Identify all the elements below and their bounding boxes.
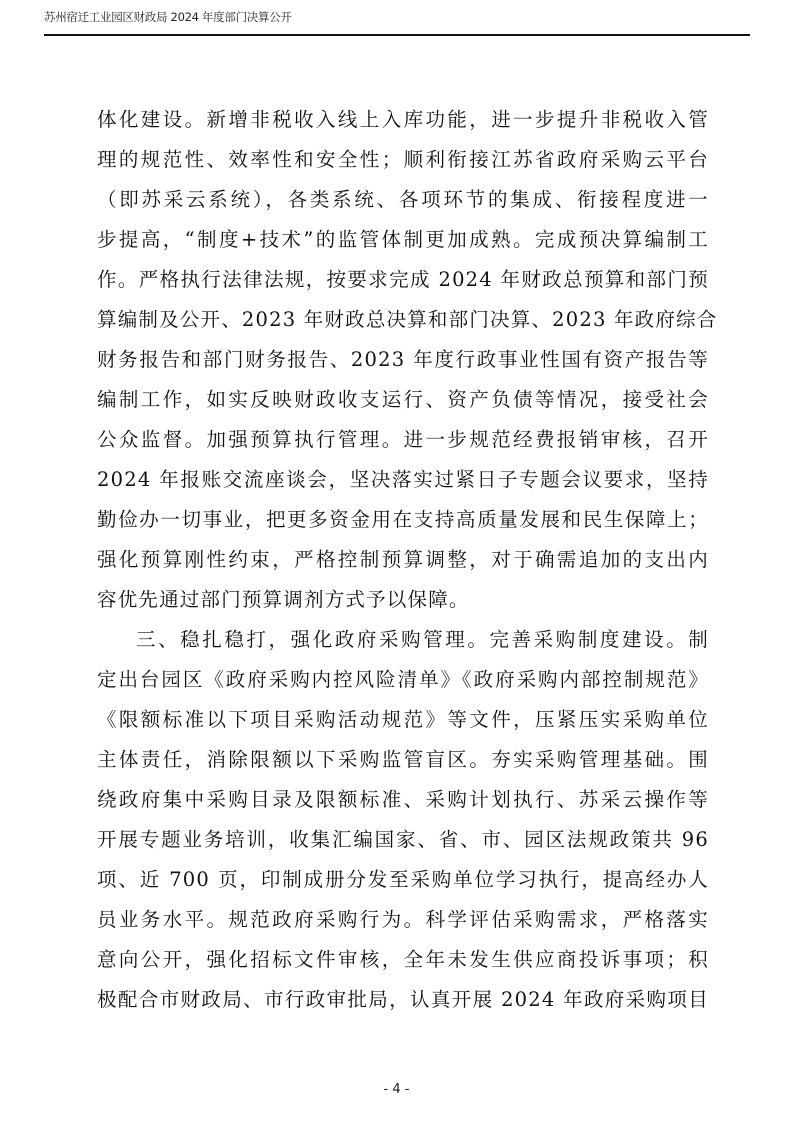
text-line: 公众监督。加强预算执行管理。进一步规范经费报销审核，召开 [97, 420, 709, 460]
text-line: 强化预算刚性约束，严格控制预算调整，对于确需追加的支出内 [97, 540, 709, 580]
page-header: 苏州宿迁工业园区财政局 2024 年度部门决算公开 [44, 8, 750, 26]
text-line: （即苏采云系统），各类系统、各项环节的集成、衔接程度进一 [97, 180, 709, 220]
text-line: 员业务水平。规范政府采购行为。科学评估采购需求，严格落实 [97, 900, 709, 940]
text-line: 体化建设。新增非税收入线上入库功能，进一步提升非税收入管 [97, 100, 709, 140]
section-heading-line: 三、稳扎稳打，强化政府采购管理。完善采购制度建设。制 [97, 620, 709, 660]
text-line: 项、近 700 页，印制成册分发至采购单位学习执行，提高经办人 [97, 860, 709, 900]
text-line: 开展专题业务培训，收集汇编国家、省、市、园区法规政策共 96 [97, 820, 709, 860]
page-number: - 4 - [0, 1082, 793, 1097]
text-line: 财务报告和部门财务报告、2023 年度行政事业性国有资产报告等 [97, 340, 709, 380]
text-line: 《限额标准以下项目采购活动规范》等文件，压紧压实采购单位 [97, 700, 709, 740]
text-line: 绕政府集中采购目录及限额标准、采购计划执行、苏采云操作等 [97, 780, 709, 820]
body-text: 体化建设。新增非税收入线上入库功能，进一步提升非税收入管 理的规范性、效率性和安… [97, 100, 709, 1020]
text-line: 定出台园区《政府采购内控风险清单》《政府采购内部控制规范》 [97, 660, 709, 700]
text-line: 勤俭办一切事业，把更多资金用在支持高质量发展和民生保障上； [97, 500, 709, 540]
text-line: 编制工作，如实反映财政收支运行、资产负债等情况，接受社会 [97, 380, 709, 420]
header-divider [44, 34, 750, 36]
text-line: 意向公开，强化招标文件审核，全年未发生供应商投诉事项；积 [97, 940, 709, 980]
text-line: 作。严格执行法律法规，按要求完成 2024 年财政总预算和部门预 [97, 260, 709, 300]
text-line: 极配合市财政局、市行政审批局，认真开展 2024 年政府采购项目 [97, 980, 709, 1020]
header-title: 苏州宿迁工业园区财政局 2024 年度部门决算公开 [44, 8, 750, 26]
text-line: 算编制及公开、2023 年财政总决算和部门决算、2023 年政府综合 [97, 300, 709, 340]
text-line: 容优先通过部门预算调剂方式予以保障。 [97, 580, 709, 620]
text-line: 2024 年报账交流座谈会，坚决落实过紧日子专题会议要求，坚持 [97, 460, 709, 500]
text-line: 理的规范性、效率性和安全性；顺利衔接江苏省政府采购云平台 [97, 140, 709, 180]
text-line: 主体责任，消除限额以下采购监管盲区。夯实采购管理基础。围 [97, 740, 709, 780]
text-line: 步提高，“制度+技术”的监管体制更加成熟。完成预决算编制工 [97, 220, 709, 260]
